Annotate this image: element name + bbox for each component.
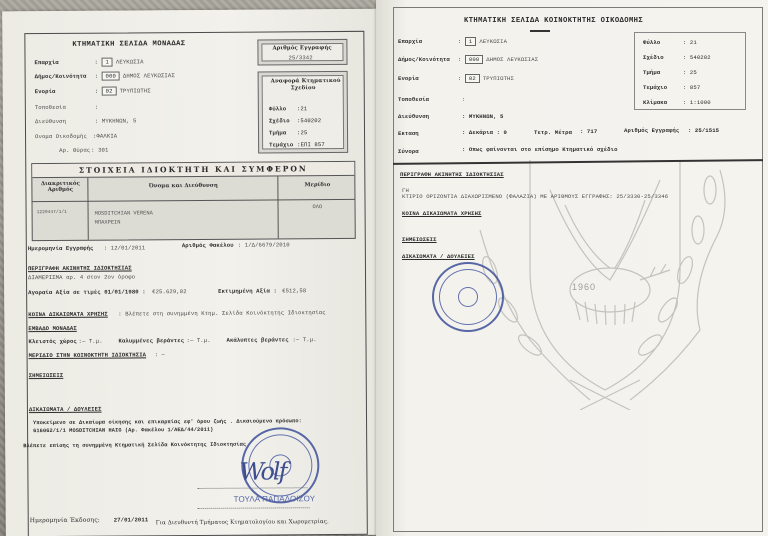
common-rights-label: ΚΟΙΝΑ ΔΙΚΑΙΩΜΑΤΑ ΧΡΗΣΗΣ: [28, 311, 108, 319]
square-meters-label: Τετρ. Μέτρα: [534, 129, 572, 136]
quarter-value: : 02ΤΡΥΠΙΩΤΗΣ: [95, 86, 151, 95]
boundaries-label: Σύνορα: [398, 148, 419, 155]
left-page-unit-title-deed: ΚΤΗΜΑΤΙΚΗ ΣΕΛΙΔΑ ΜΟΝΑΔΑΣ Επαρχία : 1ΛΕΥΚ…: [2, 9, 388, 536]
square-meters-value: : 717: [580, 128, 597, 135]
district-label: Επαρχία: [35, 59, 59, 66]
registration-number-label: Αριθμός Εγγραφής: [624, 127, 679, 134]
covered-verandas-label: Καλυμμένες βεράντες: [118, 337, 184, 344]
issuer-text: Για Διευθυντή Τμήματος Κτηματολογίου και…: [156, 519, 329, 526]
common-rights-text: : Βλέπετε στη συνημμένη Κτημ. Σελίδα Κοι…: [118, 309, 325, 317]
block-value: :25: [297, 129, 307, 136]
locality-value: :: [462, 96, 465, 103]
market-value: €25.629,02: [152, 288, 187, 295]
municipality-value: : 000ΔΗΜΟΣ ΛΕΥΚΩΣΙΑΣ: [95, 71, 175, 81]
sheet-label: Φύλλο: [643, 39, 660, 46]
plan-label: Σχέδιο: [269, 117, 290, 124]
plan-box-title: Αναφορά Κτηματικού: [271, 78, 341, 84]
quarter-label: Ενορία: [398, 75, 419, 82]
district-value: : 1ΛΕΥΚΩΣΙΑ: [458, 37, 507, 46]
plan-label: Σχέδιο: [643, 54, 664, 61]
registration-number-label: Αριθμός Εγγραφής: [272, 45, 331, 51]
plot-label: Τεμάχιο: [643, 84, 667, 91]
scale-value: : 1:1000: [683, 99, 711, 106]
registration-date-label: Ημερομηνία Εγγραφής: [28, 245, 94, 252]
owner-id: 1220447/1/1: [37, 210, 67, 215]
block-label: Τμήμα: [269, 129, 286, 136]
official-stamp: [432, 262, 504, 332]
rights-heading: ΔΙΚΑΙΩΜΑΤΑ / ΔΟΥΛΕΙΕΣ: [29, 406, 102, 414]
building-name-value: :ΦΑΛΚΙΑ: [93, 133, 117, 140]
plot-value: :ΕΠΙ 857: [297, 141, 325, 148]
signature: Wolf: [239, 457, 285, 485]
plan-reference-box: Αναφορά Κτηματικού Σχεδίου Φύλλο :21 Σχέ…: [258, 71, 349, 154]
municipality-code: 000: [102, 72, 120, 81]
common-share-value: : —: [155, 351, 165, 358]
header-id: Διακριτικός Αριθμός: [32, 181, 88, 193]
block-value: : 25: [683, 69, 697, 76]
locality-label: Τοποθεσία: [35, 104, 66, 111]
uncovered-verandas-value: :— Τ.μ.: [292, 336, 316, 343]
address-value: : ΜΥΚΗΝΩΝ, 5: [462, 113, 503, 120]
locality-value: :: [95, 104, 99, 111]
extent-label: Εκταση: [398, 130, 419, 137]
municipality-label: Δήμος/Κοινότητα: [398, 56, 450, 63]
sheet-label: Φύλλο: [269, 105, 286, 112]
right-page-common-building-deed: 1960 ΚΤΗΜΑΤΙΚΗ ΣΕΛΙΔΑ ΚΟΙΝΟΚΤΗΤΗΣ ΟΙΚΟΔΟ…: [376, 0, 768, 536]
owner-share: ΟΛΟ: [313, 204, 323, 210]
emblem-year: 1960: [572, 282, 596, 292]
door-number-value: : 301: [91, 147, 108, 154]
district-value: : 1ΛΕΥΚΩΣΙΑ: [94, 57, 143, 66]
file-number-label: Αριθμός Φακέλου: [182, 242, 234, 249]
rights-heading: ΔΙΚΑΙΩΜΑΤΑ / ΔΟΥΛΕΙΕΣ: [402, 253, 475, 260]
municipality-label: Δήμος/Κοινότητα: [35, 73, 87, 80]
market-value-label: Αγοραία Αξία σε τιμές 01/01/1980 :: [28, 288, 146, 296]
assessed-value: €512,58: [282, 287, 306, 294]
enclosed-area-label: Κλειστός χώρος: [28, 338, 76, 345]
address-label: Διεύθυνση: [398, 113, 429, 120]
extent-value: : Δεκάρια : 0: [462, 129, 507, 136]
common-rights-heading: ΚΟΙΝΑ ΔΙΚΑΙΩΜΑΤΑ ΧΡΗΣΗΣ: [402, 210, 482, 217]
address-value: : ΜΥΚΗΝΩΝ, 5: [95, 117, 137, 124]
property-description-heading: ΠΕΡΙΓΡΑΦΗ ΑΚΙΝΗΤΗΣ ΙΔΙΟΚΤΗΣΙΑΣ: [400, 171, 504, 178]
municipality-value: : 000ΔΗΜΟΣ ΛΕΥΚΩΣΙΑΣ: [458, 55, 538, 64]
header-share: Μερίδιο: [278, 182, 356, 189]
rights-line-2: 616062/1/1 MOSDITCHIAN HAIG (Αρ. Φακέλου…: [33, 427, 213, 434]
unit-area-heading: ΕΜΒΑΔΟ ΜΟΝΑΔΑΣ: [28, 325, 76, 332]
signatory-name: ΤΟΥΛΑ ΠΑΠΑΛΟΙΖΟΥ: [234, 494, 316, 504]
address-label: Διεύθυνση: [35, 118, 66, 125]
plan-reference-box: Φύλλο : 21 Σχέδιο : 540202 Τμήμα : 25 Τε…: [634, 32, 746, 110]
property-description-heading: ΠΕΡΙΓΡΑΦΗ ΑΚΙΝΗΤΗΣ ΙΔΙΟΚΤΗΣΙΑΣ: [28, 264, 132, 272]
scale-label: Κλίμακα: [643, 99, 667, 106]
covered-verandas-value: :— Τ.μ.: [186, 337, 210, 344]
cyprus-emblem-watermark: [470, 150, 740, 410]
property-description-text: ΔΙΑΜΕΡΙΣΜΑ αρ. 4 στον 2ον όροφο: [28, 273, 135, 281]
owner-address: ΜΠΑΧΡΕΙΝ: [95, 220, 121, 226]
owner-name: MOSDITCHIAN VERENA: [95, 210, 153, 216]
registration-number-box: Αριθμός Εγγραφής 25/3342: [257, 39, 347, 66]
right-page-title: ΚΤΗΜΑΤΙΚΗ ΣΕΛΙΔΑ ΚΟΙΝΟΚΤΗΤΗΣ ΟΙΚΟΔΟΜΗΣ: [464, 17, 643, 25]
locality-label: Τοποθεσία: [398, 96, 429, 103]
enclosed-area-value: :— Τ.μ.: [78, 338, 102, 345]
plan-box-subtitle: Σχεδίου: [291, 85, 316, 91]
plan-value: : 540202: [683, 54, 711, 61]
left-page-title: ΚΤΗΜΑΤΙΚΗ ΣΕΛΙΔΑ ΜΟΝΑΔΑΣ: [72, 40, 185, 49]
building-name-label: Ονομα Οικοδομής: [35, 133, 87, 140]
registration-date-value: : 12/01/2011: [104, 244, 146, 251]
block-label: Τμήμα: [643, 69, 660, 76]
description-line-2: ΚΤΙΡΙΟ ΟΡΙΖΟΝΤΙΑ ΔΙΑΧΩΡΙΣΜΕΝΟ (ΦΑΛΑΖΙΑ) …: [402, 193, 668, 200]
registration-number-value: : 25/1515: [688, 127, 719, 134]
quarter-label: Ενορία: [35, 88, 56, 95]
district-code: 1: [101, 58, 113, 67]
door-number-label: Αρ. Θύρας: [59, 147, 90, 154]
owner-table-title: ΣΤΟΙΧΕΙΑ ΙΔΙΟΚΤΗΤΗ ΚΑΙ ΣΥΜΦΕΡΟΝ: [32, 162, 354, 178]
quarter-code: 02: [102, 87, 117, 96]
owner-table: ΣΤΟΙΧΕΙΑ ΙΔΙΟΚΤΗΤΗ ΚΑΙ ΣΥΜΦΕΡΟΝ Διακριτι…: [31, 161, 356, 241]
notes-heading: ΣΗΜΕΙΩΣΕΙΣ: [402, 236, 437, 243]
plot-label: Τεμάχιο: [269, 141, 293, 148]
boundaries-value: : Οπως φαίνονται στο επίσημο Κτηματικό σ…: [462, 146, 618, 153]
plot-value: : 857: [683, 84, 700, 91]
registration-number-value: 25/3342: [288, 54, 312, 61]
file-number-value: : 1/Δ/6679/2010: [238, 241, 290, 248]
district-code: 1: [465, 37, 476, 46]
sheet-value: : 21: [683, 39, 697, 46]
sheet-value: :21: [297, 105, 307, 112]
municipality-code: 000: [465, 55, 483, 64]
title-underline: [530, 30, 550, 32]
issue-date-label: Ημερομηνία Έκδοσης:: [30, 517, 100, 524]
assessed-value-label: Εκτιμημένη Αξία :: [218, 287, 277, 294]
quarter-value: : 02ΤΡΥΠΙΩΤΗΣ: [458, 74, 514, 83]
plan-value: :540202: [297, 117, 321, 124]
uncovered-verandas-label: Ακάλυπτες βεράντες: [226, 336, 288, 343]
district-label: Επαρχία: [398, 38, 422, 45]
quarter-code: 02: [465, 74, 480, 83]
common-share-heading: ΜΕΡΙΔΙΟ ΣΤΗΝ ΚΟΙΝΟΚΤΗΤΗ ΙΔΙΟΚΤΗΣΙΑ: [29, 351, 147, 359]
notes-heading: ΣΗΜΕΙΩΣΕΙΣ: [29, 372, 64, 379]
issue-date-value: 27/01/2011: [114, 516, 149, 523]
